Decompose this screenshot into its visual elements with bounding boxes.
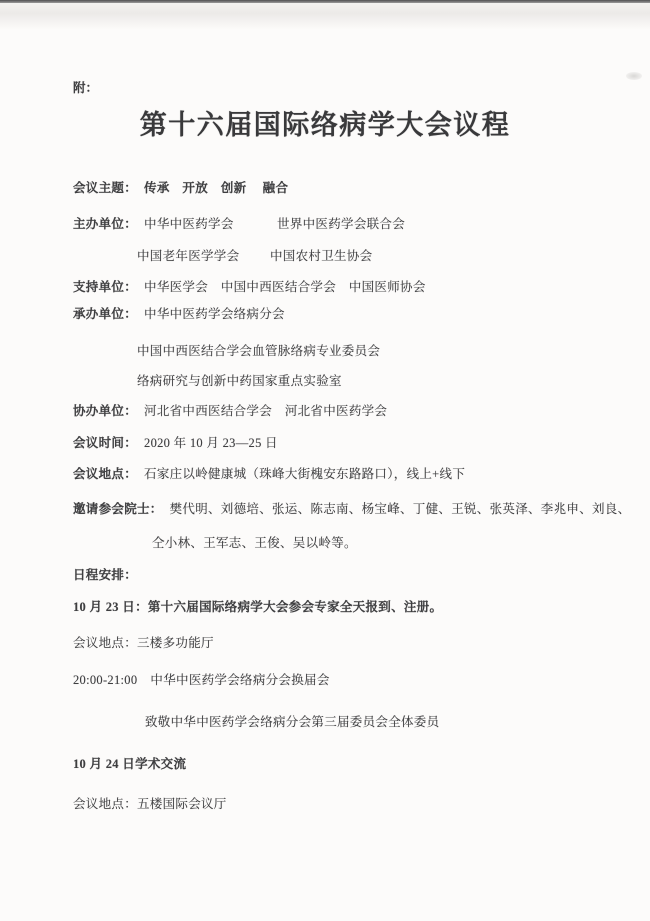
support-row: 支持单位：中华医学会 中国中西医结合学会 中国医师协会 — [73, 277, 426, 295]
schedule-oct23-row: 10 月 23 日：第十六届国际络病学大会参会专家全天报到、注册。 — [73, 597, 442, 615]
session-title: 中华中医药学会络病分会换届会 — [150, 673, 329, 687]
meeting-time-value: 2020 年 10 月 23—25 日 — [144, 436, 278, 450]
hosts-label: 主办单位： — [73, 217, 137, 231]
co-organizer-row: 协办单位：河北省中西医结合学会 河北省中医药学会 — [73, 401, 387, 419]
hosts-value-3: 中国老年医学学会 — [137, 246, 270, 264]
organizer-value-3: 络病研究与创新中药国家重点实验室 — [137, 374, 342, 388]
co-organizer-label: 协办单位： — [73, 404, 137, 418]
organizer-row-2: 中国中西医结合学会血管脉络病专业委员会 — [137, 341, 380, 359]
organizer-row-1: 承办单位：中华中医药学会络病分会 — [73, 304, 285, 322]
scan-smudge-artifact — [626, 72, 642, 80]
academicians-row-1: 邀请参会院士：樊代明、刘德培、张运、陈志南、杨宝峰、丁健、王锐、张英泽、李兆申、… — [73, 499, 630, 517]
schedule-oct24-heading: 10 月 24 日学术交流 — [73, 754, 186, 772]
schedule-heading: 日程安排： — [73, 565, 137, 583]
meeting-time-label: 会议时间： — [73, 436, 137, 450]
attachment-label: 附： — [73, 78, 98, 96]
academicians-row-2: 仝小林、王军志、王俊、吴以岭等。 — [152, 533, 357, 551]
hosts-value-4: 中国农村卫生协会 — [270, 249, 372, 263]
academicians-names-2: 仝小林、王军志、王俊、吴以岭等。 — [152, 536, 357, 550]
hosts-row-1: 主办单位：中华中医药学会世界中医药学会联合会 — [73, 214, 405, 232]
schedule-session-row: 20:00-21:00中华中医药学会络病分会换届会 — [73, 670, 330, 688]
scanned-document-page: 附： 第十六届国际络病学大会议程 会议主题：传承 开放 创新 融合 主办单位：中… — [0, 0, 650, 921]
hosts-value-2: 世界中医药学会联合会 — [277, 217, 405, 231]
session-time: 20:00-21:00 — [73, 673, 137, 687]
organizer-value-2: 中国中西医结合学会血管脉络病专业委员会 — [137, 344, 380, 358]
theme-label: 会议主题： — [73, 181, 137, 195]
schedule-tribute-row: 致敬中华中医药学会络病分会第三届委员会全体委员 — [145, 712, 439, 730]
schedule-oct23-venue: 会议地点：三楼多功能厅 — [73, 633, 214, 651]
academicians-label: 邀请参会院士： — [73, 502, 163, 516]
hosts-row-2: 中国老年医学学会中国农村卫生协会 — [137, 246, 372, 264]
meeting-venue-row: 会议地点：石家庄以岭健康城（珠峰大街槐安东路路口），线上+线下 — [73, 464, 465, 482]
co-organizer-value: 河北省中西医结合学会 河北省中医药学会 — [144, 404, 387, 418]
support-label: 支持单位： — [73, 280, 137, 294]
theme-value: 传承 开放 创新 融合 — [144, 181, 288, 195]
organizer-label: 承办单位： — [73, 307, 137, 321]
document-title: 第十六届国际络病学大会议程 — [0, 103, 650, 142]
academicians-names-1: 樊代明、刘德培、张运、陈志南、杨宝峰、丁健、王锐、张英泽、李兆申、刘良、 — [170, 502, 631, 516]
support-value: 中华医学会 中国中西医结合学会 中国医师协会 — [144, 280, 426, 294]
hosts-value-1: 中华中医药学会 — [144, 214, 277, 232]
schedule-oct24-venue: 会议地点：五楼国际会议厅 — [73, 794, 227, 812]
meeting-venue-label: 会议地点： — [73, 467, 137, 481]
organizer-row-3: 络病研究与创新中药国家重点实验室 — [137, 371, 342, 389]
meeting-time-row: 会议时间：2020 年 10 月 23—25 日 — [73, 433, 278, 451]
meeting-venue-value: 石家庄以岭健康城（珠峰大街槐安东路路口），线上+线下 — [144, 467, 465, 481]
organizer-value-1: 中华中医药学会络病分会 — [144, 307, 285, 321]
scan-shadow-band — [0, 3, 650, 29]
theme-row: 会议主题：传承 开放 创新 融合 — [73, 178, 288, 196]
